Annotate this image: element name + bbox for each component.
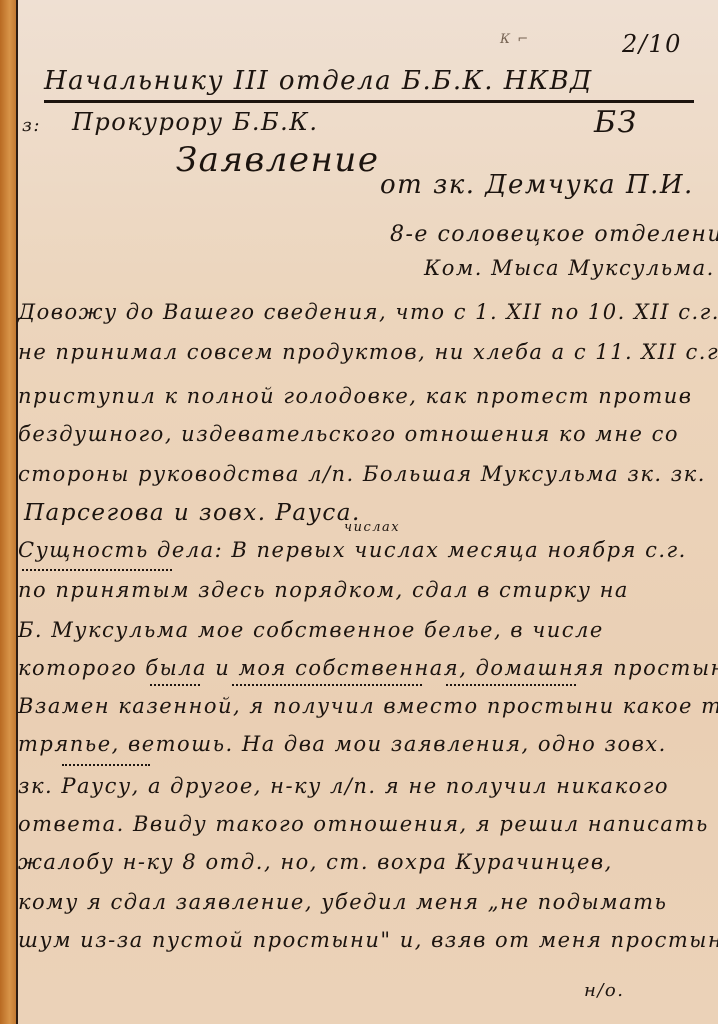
page-binding-edge [0,0,16,1024]
body-line-1: Довожу до Вашего сведения, что с 1. XII … [18,300,718,324]
underline-domashnyaya [446,680,576,686]
body-line-4: бездушного, издевательского отношения ко… [18,422,679,446]
body-line-16: кому я сдал заявление, убедил меня „не п… [18,890,667,914]
body-line-8: по принятым здесь порядком, сдал в стирк… [18,578,629,602]
document-page: К ⌐ 2/10 БЗ Начальнику III отдела Б.Б.К.… [0,0,718,1024]
header-rule [44,100,694,103]
stamp-mark: БЗ [594,105,638,140]
body-line-6: Парсегова и зовх. Рауса. [24,500,361,526]
body-line-17: шум из-за пустой простыни" и, взяв от ме… [18,928,718,952]
body-line-14: ответа. Ввиду такого отношения, я решил … [18,812,709,836]
body-line-12: тряпье, ветошь. На два мои заявления, од… [18,732,667,756]
footer-note: н/о. [584,980,624,1001]
underline-sobstvennaya [232,680,422,686]
interlinear-insert: числах [344,520,400,535]
underline-sushchnost-dela [22,565,172,571]
archive-number: 2/10 [622,30,682,58]
addressee-prefix: з: [22,115,41,136]
margin-marks: К ⌐ [500,32,530,47]
addressee-line-2: Прокурору Б.Б.К. [72,108,318,136]
body-line-7: Сущность дела: В первых числах месяца но… [18,538,687,562]
body-line-15: жалобу н-ку 8 отд., но, ст. вохра Курачи… [18,850,613,874]
body-line-2: не принимал совсем продуктов, ни хлеба а… [18,340,718,364]
division-line: 8-е соловецкое отделение [390,222,718,247]
body-line-5: стороны руководства л/п. Большая Мукcуль… [18,462,706,486]
body-line-3: приступил к полной голодовке, как протес… [18,384,693,408]
body-line-11: Взамен казенной, я получил вместо просты… [18,694,718,718]
underline-moya [150,680,200,686]
body-line-13: зк. Раусу, а другое, н-ку л/п. я не полу… [18,774,669,798]
from-line: от зк. Демчука П.И. [380,170,694,200]
camp-line: Ком. Мыса Мукcульма. [424,256,715,280]
underline-vetosh [62,760,150,766]
document-title: Заявление [176,140,379,180]
body-line-10: которого была и моя собственная, домашня… [18,656,718,680]
addressee-line-1: Начальнику III отдела Б.Б.К. НКВД [44,66,593,96]
body-line-9: Б. Мукcульма мое собственное белье, в чи… [18,618,604,642]
